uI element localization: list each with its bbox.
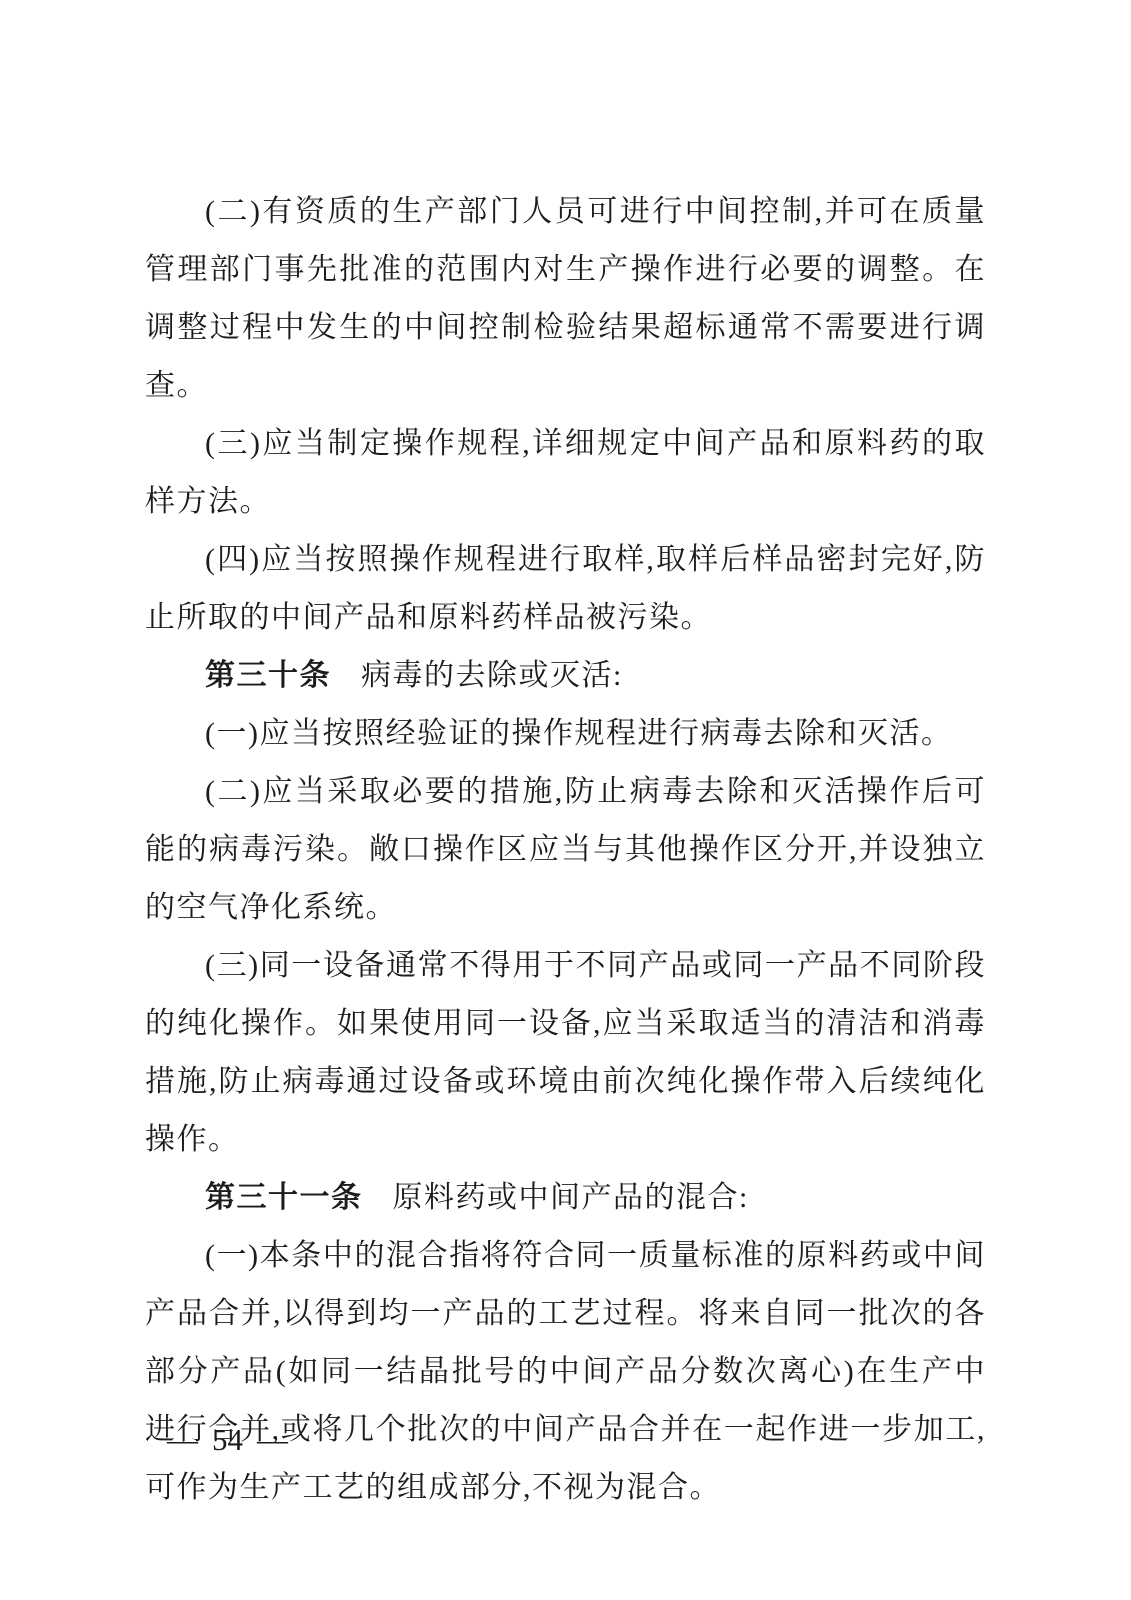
page-content: (二)有资质的生产部门人员可进行中间控制,并可在质量管理部门事先批准的范围内对生…	[145, 183, 986, 1517]
footer-dash-right: —	[257, 1417, 288, 1463]
paragraph: (三)同一设备通常不得用于不同产品或同一产品不同阶段的纯化操作。如果使用同一设备…	[145, 937, 986, 1169]
article-heading: 第三十条病毒的去除或灭活:	[145, 647, 986, 705]
article-subject: 原料药或中间产品的混合:	[393, 1181, 749, 1214]
page-number: 54	[212, 1417, 243, 1463]
paragraph: (三)应当制定操作规程,详细规定中间产品和原料药的取样方法。	[145, 415, 986, 531]
article-number: 第三十条	[205, 659, 331, 692]
paragraph: (一)本条中的混合指将符合同一质量标准的原料药或中间产品合并,以得到均一产品的工…	[145, 1227, 986, 1517]
paragraph: (二)有资质的生产部门人员可进行中间控制,并可在质量管理部门事先批准的范围内对生…	[145, 183, 986, 415]
footer-dash-left: —	[167, 1417, 198, 1463]
document-page: (二)有资质的生产部门人员可进行中间控制,并可在质量管理部门事先批准的范围内对生…	[0, 0, 1131, 1600]
paragraph: (四)应当按照操作规程进行取样,取样后样品密封完好,防止所取的中间产品和原料药样…	[145, 531, 986, 647]
page-footer: — 54 —	[167, 1417, 288, 1463]
article-subject: 病毒的去除或灭活:	[361, 659, 623, 692]
article-heading: 第三十一条原料药或中间产品的混合:	[145, 1169, 986, 1227]
article-number: 第三十一条	[205, 1181, 363, 1214]
paragraph: (二)应当采取必要的措施,防止病毒去除和灭活操作后可能的病毒污染。敞口操作区应当…	[145, 763, 986, 937]
paragraph: (一)应当按照经验证的操作规程进行病毒去除和灭活。	[145, 705, 986, 763]
